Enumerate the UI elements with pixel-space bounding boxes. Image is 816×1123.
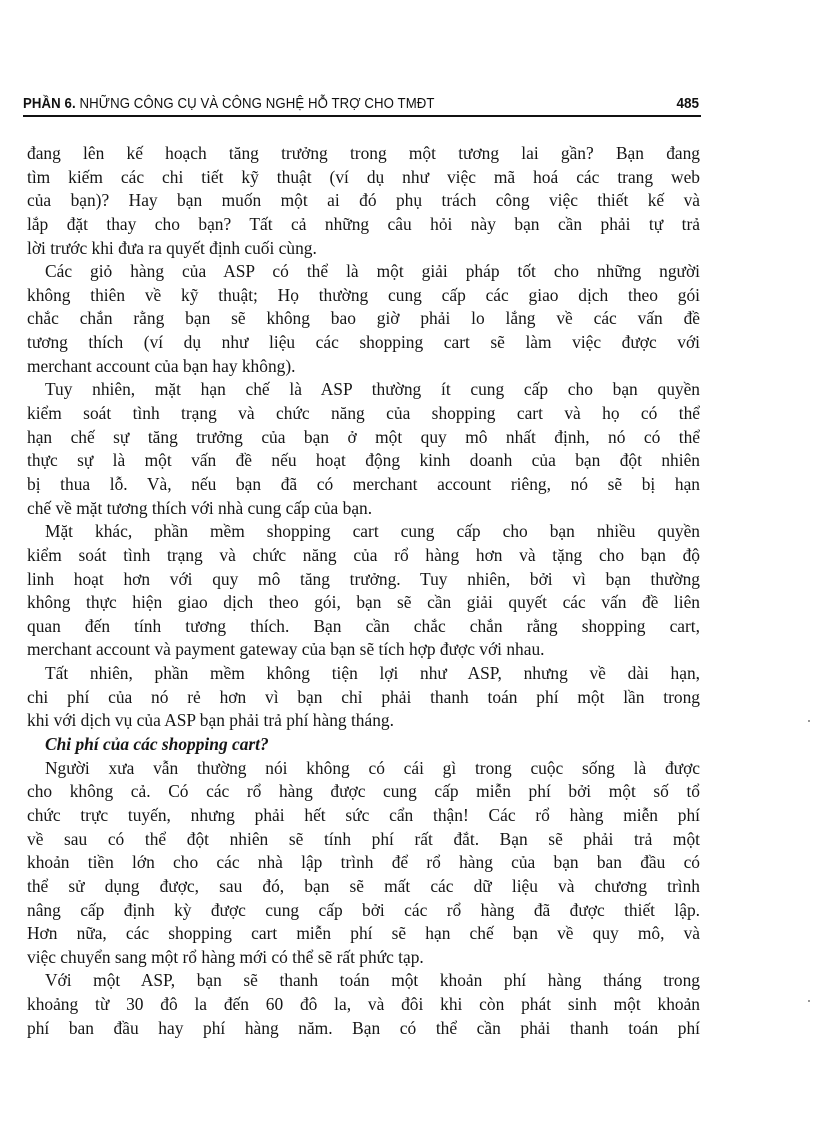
paragraph: Mặt khác, phần mềm shopping cart cung cấ… <box>27 520 700 662</box>
scan-speck <box>808 1000 810 1002</box>
text-line: nâng cấp định kỳ được cung cấp bởi các r… <box>27 899 700 923</box>
text-line: hạn chế sự tăng trưởng của bạn ở một quy… <box>27 426 700 450</box>
text-line: của bạn)? Hay bạn muốn một ai đó phụ trá… <box>27 189 700 213</box>
text-line: thể sử dụng được, sau đó, bạn sẽ mất các… <box>27 875 700 899</box>
text-line: đang lên kế hoạch tăng trưởng trong một … <box>27 142 700 166</box>
body-text: đang lên kế hoạch tăng trưởng trong một … <box>27 142 700 1040</box>
text-line: khi với dịch vụ của ASP bạn phải trả phí… <box>27 709 700 733</box>
text-line: merchant account của bạn hay không). <box>27 355 700 379</box>
text-line: Với một ASP, bạn sẽ thanh toán một khoản… <box>27 969 700 993</box>
paragraph: Người xưa vẫn thường nói không có cái gì… <box>27 757 700 970</box>
text-line: không thiên về kỹ thuật; Họ thường cung … <box>27 284 700 308</box>
text-line: Tất nhiên, phần mềm không tiện lợi như A… <box>27 662 700 686</box>
part-label: PHẦN 6. <box>23 95 76 112</box>
scan-speck <box>808 720 810 722</box>
subheading: Chi phí của các shopping cart? <box>27 733 700 757</box>
text-line: Chi phí của các shopping cart? <box>27 733 700 757</box>
text-line: lời trước khi đưa ra quyết định cuối cùn… <box>27 237 700 261</box>
text-line: kiểm soát tình trạng và chức năng của rổ… <box>27 544 700 568</box>
text-line: thực sự là một vấn đề nếu hoạt động kinh… <box>27 449 700 473</box>
text-line: Người xưa vẫn thường nói không có cái gì… <box>27 757 700 781</box>
text-line: lắp đặt thay cho bạn? Tất cả những câu h… <box>27 213 700 237</box>
text-line: phí ban đầu hay phí hàng năm. Bạn có thể… <box>27 1017 700 1041</box>
text-line: merchant account và payment gateway của … <box>27 638 700 662</box>
paragraph: Các giỏ hàng của ASP có thể là một giải … <box>27 260 700 378</box>
text-line: Tuy nhiên, mặt hạn chế là ASP thường ít … <box>27 378 700 402</box>
text-line: cho không cả. Có các rổ hàng được cung c… <box>27 780 700 804</box>
text-line: việc chuyển sang một rổ hàng mới có thể … <box>27 946 700 970</box>
page-number: 485 <box>676 95 699 112</box>
text-line: tương thích (ví dụ như liệu các shopping… <box>27 331 700 355</box>
text-line: Mặt khác, phần mềm shopping cart cung cấ… <box>27 520 700 544</box>
text-line: khoảng từ 30 đô la đến 60 đô la, và đôi … <box>27 993 700 1017</box>
text-line: khoản tiền lớn cho các nhà lập trình để … <box>27 851 700 875</box>
text-line: Các giỏ hàng của ASP có thể là một giải … <box>27 260 700 284</box>
text-line: linh hoạt hơn với quy mô tăng trưởng. Tu… <box>27 568 700 592</box>
text-line: chức trực tuyến, nhưng phải hết sức cẩn … <box>27 804 700 828</box>
text-line: chắc chắn rằng bạn sẽ không bao giờ phải… <box>27 307 700 331</box>
text-line: về sau có thể đột nhiên sẽ tính phí rất … <box>27 828 700 852</box>
text-line: tìm kiếm các chi tiết kỹ thuật (ví dụ nh… <box>27 166 700 190</box>
text-line: chi phí của nó rẻ hơn vì bạn chỉ phải th… <box>27 686 700 710</box>
book-page: PHẦN 6. NHỮNG CÔNG CỤ VÀ CÔNG NGHỆ HỖ TR… <box>0 0 816 1123</box>
chapter-title: PHẦN 6. NHỮNG CÔNG CỤ VÀ CÔNG NGHỆ HỖ TR… <box>23 95 435 112</box>
paragraph: Tuy nhiên, mặt hạn chế là ASP thường ít … <box>27 378 700 520</box>
text-line: quan đến tính tương thích. Bạn cần chắc … <box>27 615 700 639</box>
running-header: PHẦN 6. NHỮNG CÔNG CỤ VÀ CÔNG NGHỆ HỖ TR… <box>23 93 701 117</box>
text-line: kiểm soát tình trạng và chức năng của sh… <box>27 402 700 426</box>
text-line: bị thua lỗ. Và, nếu bạn đã có merchant a… <box>27 473 700 497</box>
text-line: không thực hiện giao dịch theo gói, bạn … <box>27 591 700 615</box>
paragraph: Với một ASP, bạn sẽ thanh toán một khoản… <box>27 969 700 1040</box>
paragraph: Tất nhiên, phần mềm không tiện lợi như A… <box>27 662 700 733</box>
paragraph: đang lên kế hoạch tăng trưởng trong một … <box>27 142 700 260</box>
section-title: NHỮNG CÔNG CỤ VÀ CÔNG NGHỆ HỖ TRỢ CHO TM… <box>79 95 434 112</box>
text-line: Hơn nữa, các shopping cart miễn phí sẽ h… <box>27 922 700 946</box>
text-line: chế về mặt tương thích với nhà cung cấp … <box>27 497 700 521</box>
